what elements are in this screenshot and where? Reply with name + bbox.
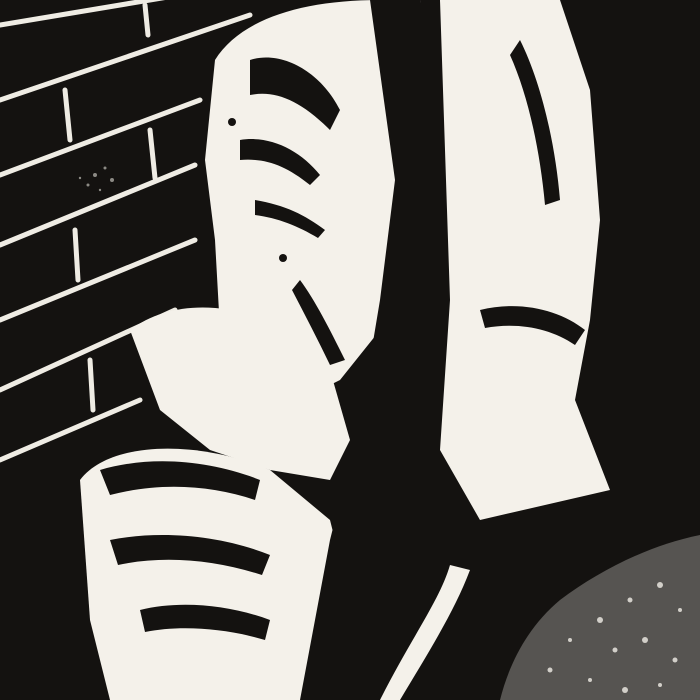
- photo-canvas: [0, 0, 700, 700]
- photo-scene: High-contrast black-and-white photocopy …: [0, 0, 700, 700]
